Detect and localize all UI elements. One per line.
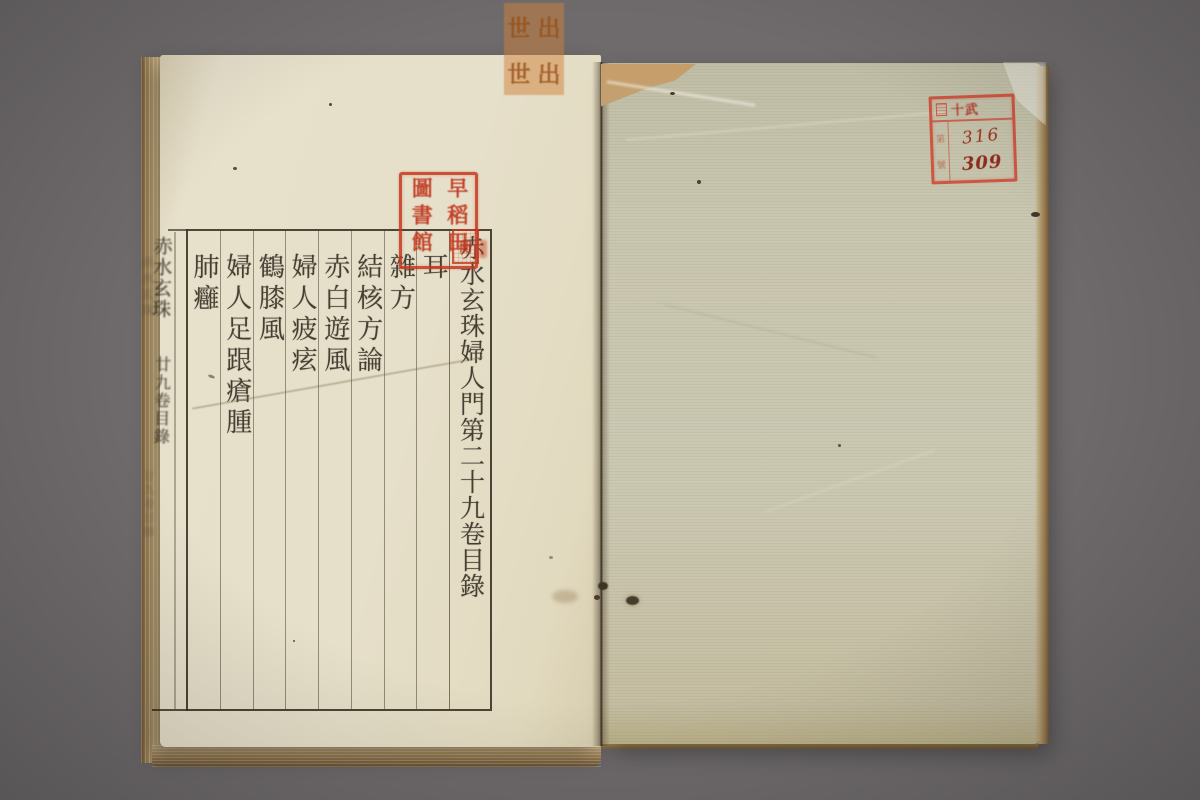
watermark-glyph: 出 [538, 10, 561, 43]
toc-entry-text: 結核方論 [355, 253, 381, 377]
fold-edge-bleedthrough: 廿九卷目錄 [142, 470, 153, 540]
toc-column: 婦人疲痃 [286, 231, 319, 709]
toc-column: 赤白遊風 [319, 231, 352, 709]
toc-column: 雜方 [385, 231, 418, 709]
wormhole [598, 582, 608, 590]
foxing-spot [293, 640, 295, 642]
fold-edge-volume: 廿九卷目錄 [151, 356, 169, 446]
wormhole [594, 595, 600, 600]
toc-entry-text: 赤白遊風 [322, 253, 348, 377]
book-gutter-fold [592, 62, 610, 746]
book-bottom-page-stack [152, 745, 601, 767]
toc-entry-text: 肺癰 [191, 253, 217, 315]
stamp-numbers: 316 309 [948, 120, 1014, 181]
collector-seal-small: 冊 [452, 229, 479, 264]
toc-column: 肺癰 [188, 231, 221, 709]
watermark-glyph: 世 [508, 56, 531, 89]
toc-column: 婦人足跟瘡腫 [221, 231, 254, 709]
toc-entry-text: 婦人足跟瘡腫 [224, 253, 250, 439]
toc-title-column: 赤水玄珠婦人門第二十九卷目錄 [449, 231, 490, 709]
photo-stage: 肺癰婦人足跟瘡腫鶴膝風婦人疲痃赤白遊風結核方論雜方耳 赤水玄珠婦人門第二十九卷目… [0, 0, 1200, 800]
fold-crease-line [174, 232, 176, 710]
toc-entry-columns: 肺癰婦人足跟瘡腫鶴膝風婦人疲痃赤白遊風結核方論雜方耳 [188, 231, 449, 709]
wormhole [626, 596, 639, 605]
library-accession-stamp: 十武 第 號 316 309 [928, 94, 1017, 185]
stamp-header-row: 十武 [932, 97, 1013, 123]
stamp-grid-box [936, 103, 947, 116]
foxing-spot [329, 103, 332, 106]
stamp-body: 第 號 316 309 [932, 120, 1014, 182]
seal-ink-fleck [479, 240, 487, 258]
binding-hole [1031, 212, 1040, 217]
foxing-spot [670, 92, 675, 95]
toc-entry-text: 鶴膝風 [256, 253, 282, 346]
grid-bottom-extension-line [152, 709, 188, 712]
foxing-spot [838, 444, 841, 447]
fold-edge-bleedthrough: 赤水玄珠 [141, 256, 153, 320]
digitization-watermark: 世出世出 [504, 3, 564, 95]
toc-column: 鶴膝風 [254, 231, 287, 709]
ink-smudge [243, 384, 246, 387]
stamp-side-label: 第 [936, 132, 945, 145]
stamp-side-label: 號 [937, 158, 946, 171]
volume-title: 赤水玄珠婦人門第二十九卷目錄 [458, 235, 483, 709]
watermark-glyph: 出 [538, 56, 561, 89]
stamp-number-2: 309 [961, 151, 1003, 175]
toc-column: 結核方論 [352, 231, 385, 709]
grid-top-extension-line [168, 229, 188, 231]
stamp-header-text: 十武 [951, 99, 980, 119]
foxing-spot [549, 556, 553, 559]
seal-small-glyph: 冊 [459, 237, 473, 257]
watermark-glyph: 世 [508, 10, 531, 43]
toc-entry-text: 婦人疲痃 [289, 253, 315, 377]
foxing-spot [697, 180, 701, 184]
book-fore-edge-right [1035, 66, 1049, 744]
toc-column: 耳 [417, 231, 449, 709]
foxing-spot [233, 167, 237, 170]
stain-smudge [552, 590, 578, 603]
seal-script-column-left: 圖書館 [410, 177, 431, 264]
stamp-number-1: 316 [961, 125, 1001, 149]
toc-grid: 肺癰婦人足跟瘡腫鶴膝風婦人疲痃赤白遊風結核方論雜方耳 赤水玄珠婦人門第二十九卷目… [186, 229, 492, 711]
